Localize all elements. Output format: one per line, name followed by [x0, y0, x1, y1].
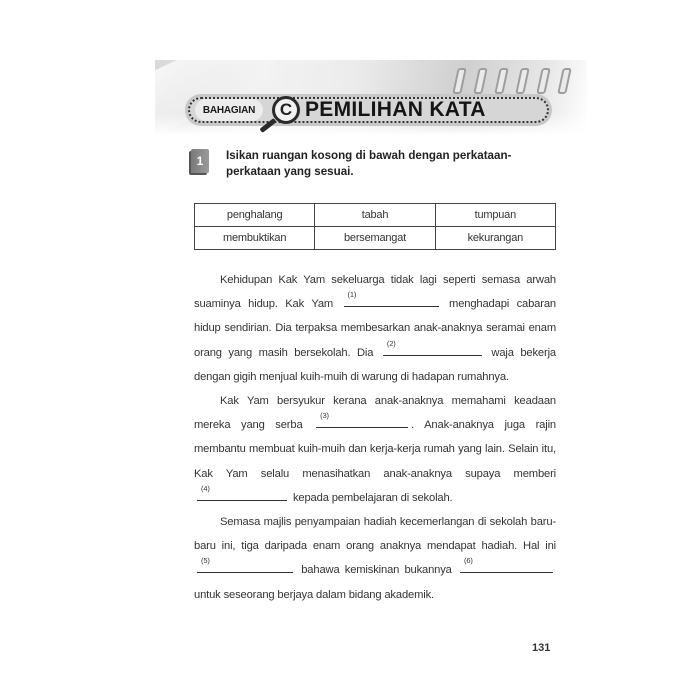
- passage-text: bahawa kemiskinan bukannya: [301, 564, 452, 576]
- section-label: BAHAGIAN: [195, 99, 263, 121]
- word-cell: penghalang: [195, 204, 315, 227]
- table-row: membuktikan bersemangat kekurangan: [195, 227, 556, 250]
- workbook-page: BAHAGIAN C PEMILIHAN KATA 1 Isikan ruang…: [155, 60, 585, 670]
- blank-3[interactable]: (3): [316, 414, 408, 428]
- word-cell: tumpuan: [435, 204, 555, 227]
- ring-icon: [557, 68, 572, 94]
- paragraph-1: Kehidupan Kak Yam sekeluarga tidak lagi …: [194, 268, 556, 389]
- magnifier-letter-icon: C: [272, 96, 300, 124]
- word-cell: bersemangat: [315, 227, 435, 250]
- paragraph-3: Semasa majlis penyampaian hadiah kecemer…: [194, 510, 556, 607]
- passage-text: kepada pembelajaran di sekolah.: [293, 492, 453, 504]
- word-cell: tabah: [315, 204, 435, 227]
- blank-number: (2): [387, 339, 396, 349]
- blank-5[interactable]: (5): [197, 559, 293, 573]
- blank-1[interactable]: (1): [344, 293, 439, 307]
- word-bank-table: penghalang tabah tumpuan membuktikan ber…: [194, 203, 556, 250]
- page-number: 131: [532, 642, 550, 654]
- blank-number: (6): [464, 556, 473, 566]
- ring-icon: [452, 68, 467, 94]
- blank-4[interactable]: (4): [197, 487, 287, 501]
- ring-icon: [494, 68, 509, 94]
- ring-icon: [536, 68, 551, 94]
- paragraph-2: Kak Yam bersyukur kerana anak-anaknya me…: [194, 389, 556, 510]
- table-row: penghalang tabah tumpuan: [195, 204, 556, 227]
- blank-number: (5): [201, 556, 210, 566]
- passage-text: untuk seseorang berjaya dalam bidang aka…: [194, 589, 434, 601]
- blank-2[interactable]: (2): [383, 342, 482, 356]
- word-cell: membuktikan: [195, 227, 315, 250]
- blank-number: (3): [320, 411, 329, 421]
- section-title: PEMILIHAN KATA: [305, 97, 486, 123]
- blank-6[interactable]: (6): [460, 559, 553, 573]
- ring-icon: [473, 68, 488, 94]
- question-number-badge: 1: [191, 149, 209, 173]
- blank-number: (4): [201, 484, 210, 494]
- passage-text: Semasa majlis penyampaian hadiah kecemer…: [194, 516, 556, 552]
- word-cell: kekurangan: [435, 227, 555, 250]
- passage: Kehidupan Kak Yam sekeluarga tidak lagi …: [194, 268, 556, 607]
- question-instruction: Isikan ruangan kosong di bawah dengan pe…: [226, 148, 558, 180]
- ring-icon: [515, 68, 530, 94]
- spiral-binding-decoration: [455, 68, 569, 94]
- blank-number: (1): [348, 290, 357, 300]
